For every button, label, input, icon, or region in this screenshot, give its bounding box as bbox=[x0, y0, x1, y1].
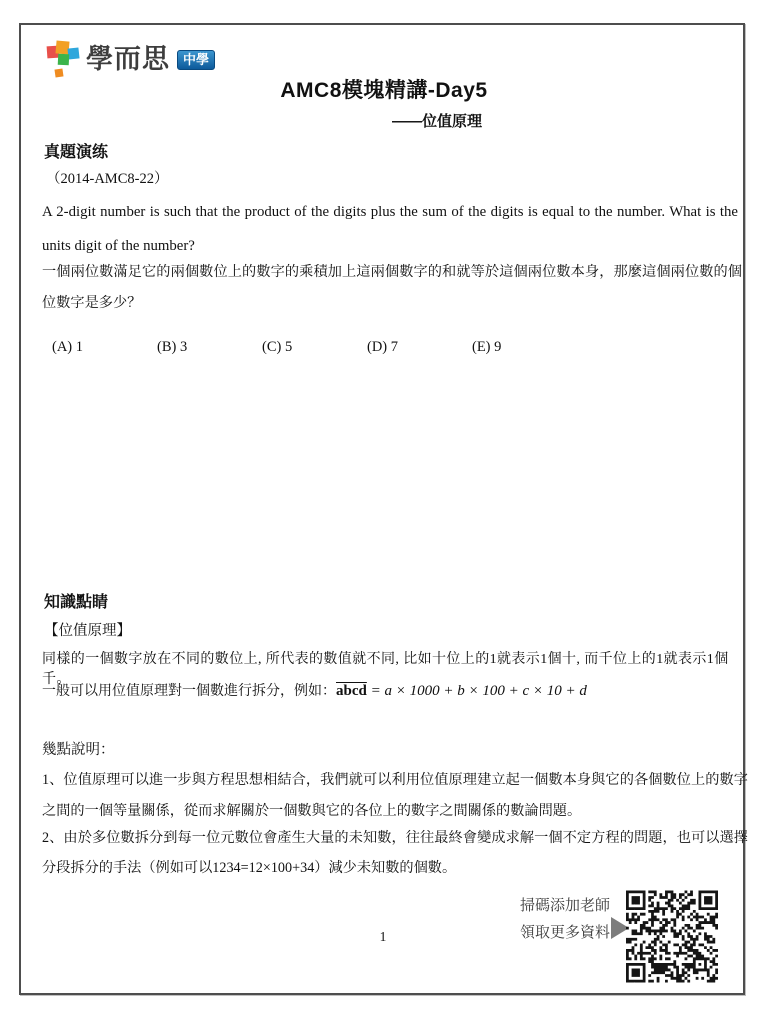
choice-c: (C) 5 bbox=[262, 339, 367, 356]
logo-square-green bbox=[58, 54, 70, 66]
page-title: AMC8模塊精講-Day5 bbox=[0, 74, 768, 104]
note-item-2: 2、由於多位數拆分到每一位元數位會產生大量的未知數，往往最終會變成求解一個不定方… bbox=[42, 823, 748, 883]
formula-intro: 一般可以用位值原理對一個數進行拆分，例如： bbox=[42, 684, 336, 699]
brand-logo: 學而思 中學 bbox=[47, 41, 215, 78]
document-page: 學而思 中學 AMC8模塊精講-Day5 ——位值原理 真題演练 （2014-A… bbox=[0, 0, 768, 1024]
brand-name: 學而思 bbox=[86, 46, 170, 73]
problem-source: （2014-AMC8-22） bbox=[46, 167, 168, 188]
answer-choices: (A) 1 (B) 3 (C) 5 (D) 7 (E) 9 bbox=[52, 339, 577, 356]
knowledge-topic: 【位值原理】 bbox=[44, 619, 131, 640]
xueersi-logo-icon bbox=[47, 41, 79, 78]
choice-b: (B) 3 bbox=[157, 339, 262, 356]
section-heading-exercise: 真題演练 bbox=[44, 139, 108, 162]
knowledge-paragraph-2: 一般可以用位值原理對一個數進行拆分，例如：abcd = a × 1000 + b… bbox=[42, 680, 587, 700]
qr-caption-line1: 掃碼添加老師 bbox=[520, 893, 610, 920]
note-item-1: 1、位值原理可以進一步與方程思想相結合，我們就可以利用位值原理建立起一個數本身與… bbox=[42, 765, 748, 827]
notes-heading: 幾點說明： bbox=[42, 738, 115, 759]
problem-text-english: A 2-digit number is such that the produc… bbox=[42, 195, 738, 263]
problem-text-chinese: 一個兩位數滿足它的兩個數位上的數字的乘積加上這兩個數字的和就等於這個兩位數本身，… bbox=[42, 257, 742, 319]
choice-e: (E) 9 bbox=[472, 339, 577, 356]
section-heading-knowledge: 知識點睛 bbox=[44, 589, 108, 612]
brand-badge: 中學 bbox=[177, 50, 215, 70]
choice-a: (A) 1 bbox=[52, 339, 157, 356]
choice-d: (D) 7 bbox=[367, 339, 472, 356]
place-value-formula: abcd = a × 1000 + b × 100 + c × 10 + d bbox=[336, 683, 587, 699]
page-subtitle: ——位值原理 bbox=[0, 110, 482, 131]
page-number: 1 bbox=[0, 929, 766, 945]
